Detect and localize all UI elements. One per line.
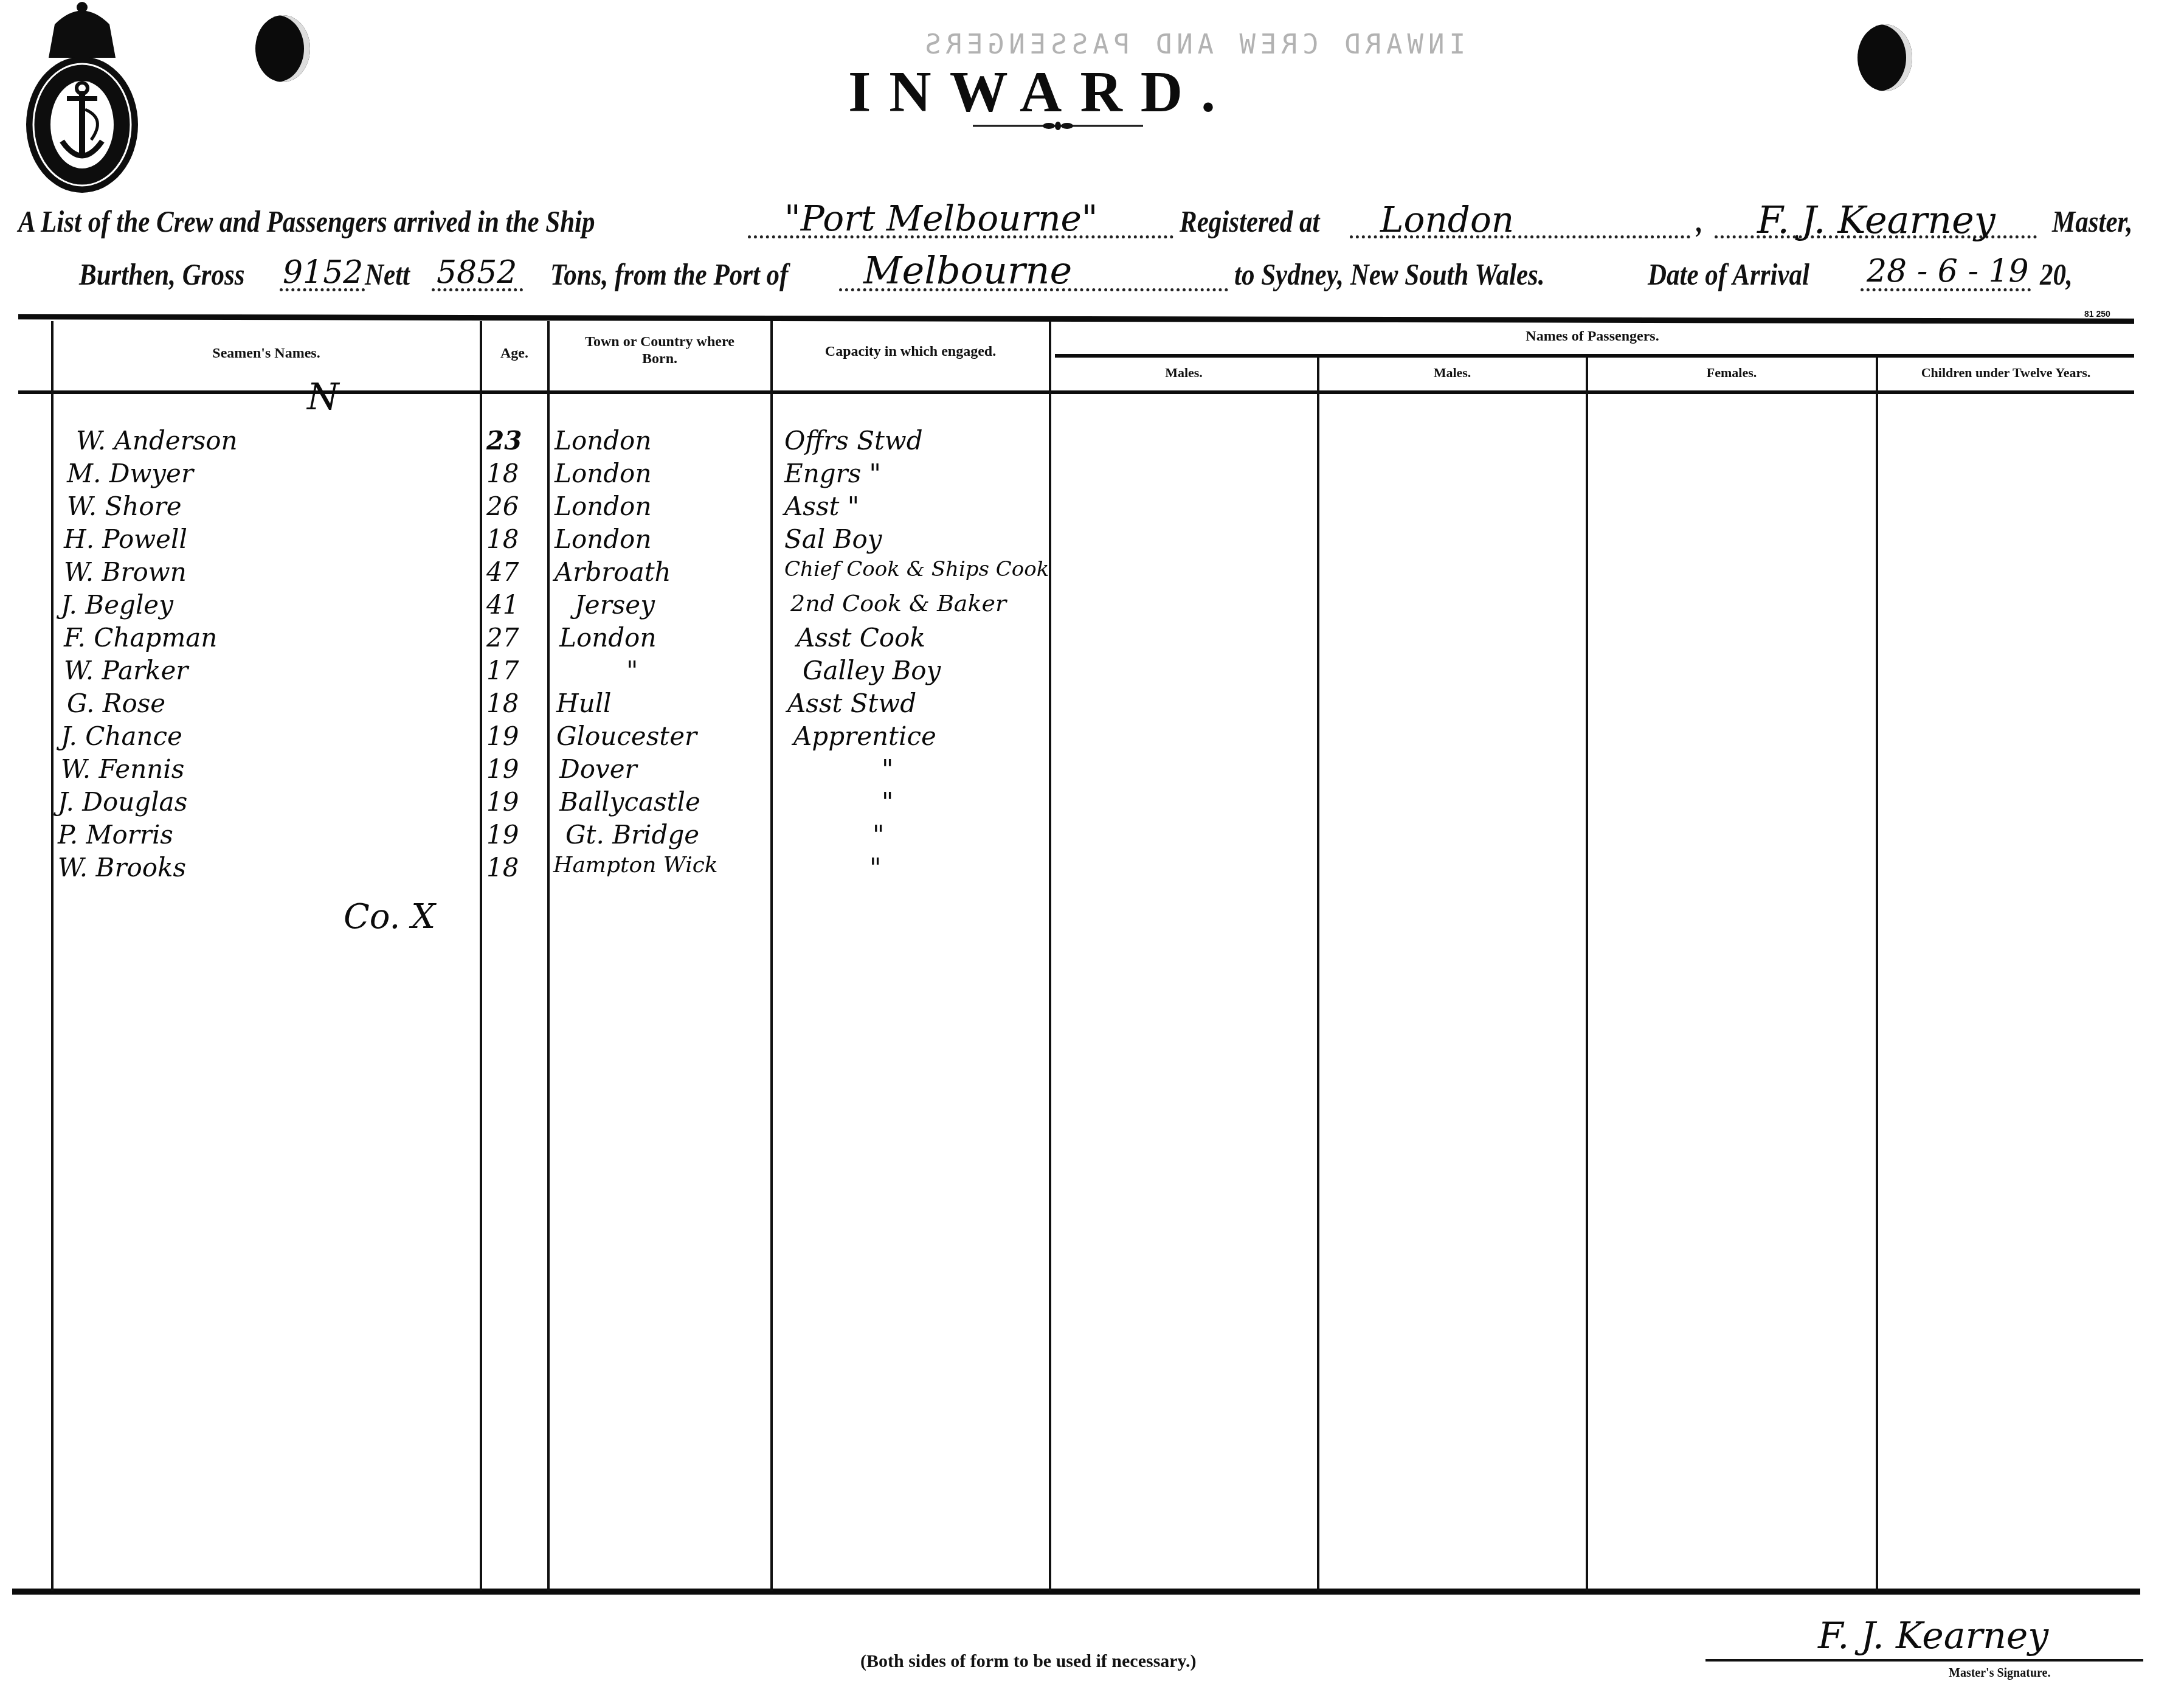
col-header-born: Town or Country where Born. xyxy=(584,333,736,367)
seaman-name: W. Fennis xyxy=(61,754,184,784)
seaman-capacity: " xyxy=(882,787,893,817)
seaman-name: W. Brooks xyxy=(58,853,186,882)
table-row: F. Chapman 27 London Asst Cook xyxy=(0,623,2184,656)
seaman-birthplace: Gt. Bridge xyxy=(565,820,699,850)
col-header-capacity: Capacity in which engaged. xyxy=(773,344,1048,360)
col-header-males-1: Males. xyxy=(1051,365,1316,381)
table-row: W. Parker 17 " Galley Boy xyxy=(0,656,2184,688)
seaman-age: 19 xyxy=(486,820,519,850)
seaman-name: W. Anderson xyxy=(76,426,238,456)
seaman-capacity: " xyxy=(869,853,881,882)
seaman-name: J. Chance xyxy=(61,721,182,751)
destination-label: to Sydney, New South Wales. xyxy=(1234,257,1544,292)
seaman-name: H. Powell xyxy=(64,524,187,554)
seaman-capacity: Asst Cook xyxy=(797,623,925,653)
seaman-capacity: Chief Cook & Ships Cook xyxy=(784,557,1049,581)
ship-name-field[interactable]: "Port Melbourne" xyxy=(784,198,1098,239)
seaman-capacity: Asst Stwd xyxy=(787,688,916,718)
registered-port-field[interactable]: London xyxy=(1380,199,1514,240)
seaman-age: 23 xyxy=(486,426,522,456)
table-top-rule xyxy=(18,314,2134,324)
signature-line xyxy=(1705,1659,2143,1662)
page-title: INWARD. xyxy=(848,58,1234,125)
anchor-crown-seal-icon xyxy=(18,0,146,195)
seaman-capacity: Apprentice xyxy=(793,721,936,751)
table-row: G. Rose 18 Hull Asst Stwd xyxy=(0,688,2184,721)
seaman-age: 19 xyxy=(486,721,519,751)
title-ornament-icon xyxy=(973,122,1143,130)
table-row: W. Shore 26 London Asst " xyxy=(0,491,2184,524)
seaman-age: 41 xyxy=(486,590,519,620)
seaman-age: 17 xyxy=(486,656,519,685)
table-row: J. Douglas 19 Ballycastle " xyxy=(0,787,2184,820)
punch-hole-left xyxy=(255,15,310,82)
seaman-age: 19 xyxy=(486,787,519,817)
comma-separator: , xyxy=(1696,204,1703,239)
col-header-seamens-names: Seamen's Names. xyxy=(54,345,479,362)
seaman-name: P. Morris xyxy=(58,820,173,850)
table-row: W. Fennis 19 Dover " xyxy=(0,754,2184,787)
col-header-passengers: Names of Passengers. xyxy=(1051,328,2134,345)
col-header-females: Females. xyxy=(1588,365,1875,381)
seaman-capacity: Galley Boy xyxy=(803,656,941,685)
seaman-age: 26 xyxy=(486,491,519,521)
signature-label: Master's Signature. xyxy=(1949,1666,2050,1680)
seaman-capacity: " xyxy=(873,820,884,850)
seaman-name: F. Chapman xyxy=(64,623,217,653)
seaman-name: M. Dwyer xyxy=(67,459,193,488)
seaman-birthplace: Dover xyxy=(559,754,637,784)
punch-hole-right xyxy=(1857,24,1912,91)
list-intro-label: A List of the Crew and Passengers arrive… xyxy=(18,204,595,239)
form-number: 81 250 xyxy=(2084,309,2110,319)
table-bottom-rule xyxy=(12,1589,2140,1595)
master-signature: F. J. Kearney xyxy=(1818,1615,2048,1657)
registered-at-label: Registered at xyxy=(1180,204,1320,239)
seaman-age: 18 xyxy=(486,688,519,718)
seaman-age: 18 xyxy=(486,524,519,554)
seaman-age: 18 xyxy=(486,853,519,882)
col-header-age: Age. xyxy=(482,345,547,362)
from-port-field[interactable]: Melbourne xyxy=(863,248,1072,293)
passenger-subheader-rule xyxy=(1055,354,2134,358)
seaman-birthplace: Hampton Wick xyxy=(553,853,718,878)
table-row: W. Anderson 23 London Offrs Stwd xyxy=(0,426,2184,459)
seaman-birthplace: Arbroath xyxy=(555,557,671,587)
seaman-name: G. Rose xyxy=(67,688,165,718)
seaman-name: J. Douglas xyxy=(58,787,187,817)
seaman-birthplace: " xyxy=(626,656,638,685)
table-row: P. Morris 19 Gt. Bridge " xyxy=(0,820,2184,853)
seaman-name: J. Begley xyxy=(61,590,173,620)
master-name-field[interactable]: F. J. Kearney xyxy=(1757,198,1996,242)
seaman-name: W. Brown xyxy=(64,557,187,587)
seaman-capacity: " xyxy=(882,754,893,784)
seaman-name: W. Shore xyxy=(67,491,182,521)
name-header-annotation: N xyxy=(307,376,339,418)
seaman-capacity: 2nd Cook & Baker xyxy=(790,590,1006,617)
col-header-children: Children under Twelve Years. xyxy=(1878,365,2134,381)
burthen-gross-label: Burthen, Gross xyxy=(79,257,244,292)
mirrored-bleed-text: INWARD CREW AND PASSENGERS xyxy=(857,29,1465,60)
table-row: W. Brown 47 Arbroath Chief Cook & Ships … xyxy=(0,557,2184,590)
arrival-date-label: Date of Arrival xyxy=(1648,257,1809,292)
tons-from-port-label: Tons, from the Port of xyxy=(550,257,788,292)
seaman-birthplace: Ballycastle xyxy=(559,787,700,817)
arrival-date-field[interactable]: 28 - 6 - 19 xyxy=(1867,253,2029,289)
margin-annotation: Co. X xyxy=(344,897,435,937)
seaman-birthplace: London xyxy=(555,524,651,554)
seaman-capacity: Sal Boy xyxy=(784,524,882,554)
col-header-males-2: Males. xyxy=(1319,365,1585,381)
header-line-1: A List of the Crew and Passengers arrive… xyxy=(18,204,2183,246)
seaman-birthplace: Jersey xyxy=(575,590,655,620)
header-line-2: Burthen, Gross 9152 Nett 5852 Tons, from… xyxy=(79,257,2183,299)
master-label: Master, xyxy=(2052,204,2133,239)
seaman-age: 27 xyxy=(486,623,519,653)
seaman-age: 47 xyxy=(486,557,519,587)
table-row: J. Begley 41 Jersey 2nd Cook & Baker xyxy=(0,590,2184,623)
shipping-masters-seal xyxy=(18,0,146,195)
seaman-capacity: Engrs " xyxy=(784,459,881,488)
table-row: H. Powell 18 London Sal Boy xyxy=(0,524,2184,557)
seaman-birthplace: London xyxy=(559,623,656,653)
seaman-age: 19 xyxy=(486,754,519,784)
table-row: W. Brooks 18 Hampton Wick " xyxy=(0,853,2184,885)
seaman-birthplace: London xyxy=(555,426,651,456)
table-row: J. Chance 19 Gloucester Apprentice xyxy=(0,721,2184,754)
gross-tonnage-field[interactable]: 9152 xyxy=(283,254,363,291)
seaman-capacity: Asst " xyxy=(784,491,859,521)
arrival-year-suffix: 20, xyxy=(2040,257,2073,292)
seaman-birthplace: Gloucester xyxy=(556,721,697,751)
seaman-capacity: Offrs Stwd xyxy=(784,426,923,456)
table-row: M. Dwyer 18 London Engrs " xyxy=(0,459,2184,491)
seaman-birthplace: London xyxy=(555,459,651,488)
seaman-birthplace: London xyxy=(555,491,651,521)
seaman-birthplace: Hull xyxy=(556,688,612,718)
footer-note: (Both sides of form to be used if necess… xyxy=(860,1651,1196,1672)
nett-label: Nett xyxy=(365,257,410,292)
nett-tonnage-field[interactable]: 5852 xyxy=(437,254,517,291)
seaman-age: 18 xyxy=(486,459,519,488)
seaman-name: W. Parker xyxy=(64,656,188,685)
